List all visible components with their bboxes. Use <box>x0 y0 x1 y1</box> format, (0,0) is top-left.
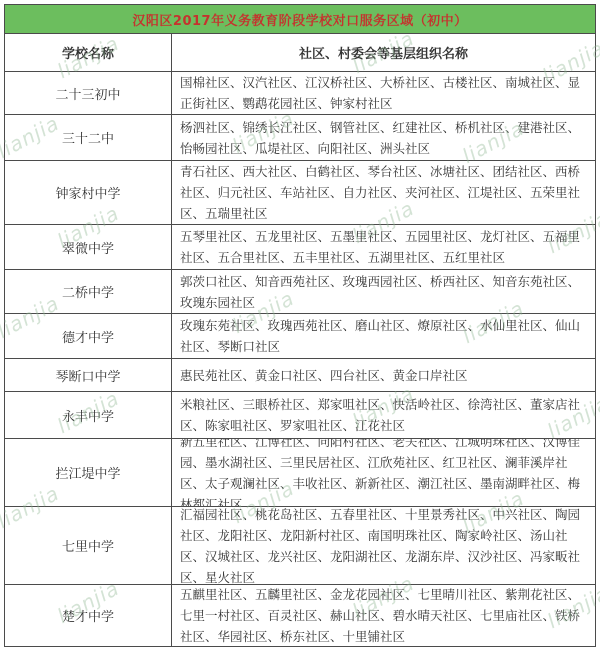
table-row: 德才中学 玫瑰东苑社区、玫瑰西苑社区、磨山社区、燎原社区、水仙里社区、仙山社区、… <box>5 313 595 358</box>
communities-text: 惠民苑社区、黄金口社区、四台社区、黄金口岸社区 <box>172 361 595 390</box>
table-row: 二十三初中 国棉社区、汉汽社区、江汉桥社区、大桥社区、古楼社区、南城社区、显正街… <box>5 71 595 114</box>
table-row: 三十二中 杨泗社区、锦绣长江社区、钢管社区、红建社区、桥机社区、建港社区、怡畅园… <box>5 114 595 160</box>
table-row: 钟家村中学 青石社区、西大社区、白鹤社区、琴台社区、冰塘社区、团结社区、西桥社区… <box>5 160 595 224</box>
communities-cell: 青石社区、西大社区、白鹤社区、琴台社区、冰塘社区、团结社区、西桥社区、归元社区、… <box>171 161 595 224</box>
communities-cell: 郭茨口社区、知音西苑社区、玫瑰西园社区、桥西社区、知音东苑社区、玫瑰东园社区 <box>171 270 595 313</box>
table-row: 二桥中学 郭茨口社区、知音西苑社区、玫瑰西园社区、桥西社区、知音东苑社区、玫瑰东… <box>5 269 595 313</box>
communities-text: 玫瑰东苑社区、玫瑰西苑社区、磨山社区、燎原社区、水仙里社区、仙山社区、琴断口社区 <box>172 314 595 358</box>
communities-cell: 五琴里社区、五龙里社区、五墨里社区、五园里社区、龙灯社区、五福里社区、五合里社区… <box>171 225 595 269</box>
communities-cell: 新五里社区、江博社区、向阳村社区、老关社区、江城明珠社区、汉博佳园、墨水湖社区、… <box>171 439 595 506</box>
school-name: 德才中学 <box>5 314 171 358</box>
table-row: 拦江堤中学 新五里社区、江博社区、向阳村社区、老关社区、江城明珠社区、汉博佳园、… <box>5 438 595 506</box>
school-name: 翠微中学 <box>5 225 171 269</box>
communities-text: 五麒里社区、五麟里社区、金龙花园社区、七里晴川社区、紫荆花社区、七里一村社区、百… <box>172 585 595 646</box>
column-header-school: 学校名称 <box>5 34 171 71</box>
communities-cell: 汇福园社区、桃花岛社区、五春里社区、十里景秀社区、中兴社区、陶园社区、龙阳社区、… <box>171 507 595 584</box>
table-header-row: 学校名称 社区、村委会等基层组织名称 <box>5 33 595 71</box>
communities-text: 国棉社区、汉汽社区、江汉桥社区、大桥社区、古楼社区、南城社区、显正街社区、鹦鹉花… <box>172 72 595 114</box>
table-row: 七里中学 汇福园社区、桃花岛社区、五春里社区、十里景秀社区、中兴社区、陶园社区、… <box>5 506 595 584</box>
school-name: 永丰中学 <box>5 392 171 438</box>
communities-text: 杨泗社区、锦绣长江社区、钢管社区、红建社区、桥机社区、建港社区、怡畅园社区、瓜堤… <box>172 115 595 160</box>
communities-cell: 惠民苑社区、黄金口社区、四台社区、黄金口岸社区 <box>171 359 595 391</box>
communities-text: 新五里社区、江博社区、向阳村社区、老关社区、江城明珠社区、汉博佳园、墨水湖社区、… <box>172 439 595 506</box>
communities-cell: 五麒里社区、五麟里社区、金龙花园社区、七里晴川社区、紫荆花社区、七里一村社区、百… <box>171 585 595 646</box>
communities-cell: 杨泗社区、锦绣长江社区、钢管社区、红建社区、桥机社区、建港社区、怡畅园社区、瓜堤… <box>171 115 595 160</box>
school-name: 七里中学 <box>5 507 171 584</box>
communities-cell: 国棉社区、汉汽社区、江汉桥社区、大桥社区、古楼社区、南城社区、显正街社区、鹦鹉花… <box>171 72 595 114</box>
communities-cell: 玫瑰东苑社区、玫瑰西苑社区、磨山社区、燎原社区、水仙里社区、仙山社区、琴断口社区 <box>171 314 595 358</box>
table-title: 汉阳区2017年义务教育阶段学校对口服务区域（初中） <box>5 5 595 33</box>
school-name: 二桥中学 <box>5 270 171 313</box>
page: 汉阳区2017年义务教育阶段学校对口服务区域（初中） 学校名称 社区、村委会等基… <box>0 0 600 650</box>
school-name: 二十三初中 <box>5 72 171 114</box>
table-row: 楚才中学 五麒里社区、五麟里社区、金龙花园社区、七里晴川社区、紫荆花社区、七里一… <box>5 584 595 646</box>
communities-text: 郭茨口社区、知音西苑社区、玫瑰西园社区、桥西社区、知音东苑社区、玫瑰东园社区 <box>172 270 595 313</box>
table-row: 永丰中学 米粮社区、三眼桥社区、郑家咀社区、快活岭社区、徐湾社区、董家店社区、陈… <box>5 391 595 438</box>
communities-text: 汇福园社区、桃花岛社区、五春里社区、十里景秀社区、中兴社区、陶园社区、龙阳社区、… <box>172 507 595 584</box>
school-district-table: 汉阳区2017年义务教育阶段学校对口服务区域（初中） 学校名称 社区、村委会等基… <box>4 4 596 647</box>
communities-cell: 米粮社区、三眼桥社区、郑家咀社区、快活岭社区、徐湾社区、董家店社区、陈家咀社区、… <box>171 392 595 438</box>
school-name: 拦江堤中学 <box>5 439 171 506</box>
communities-text: 五琴里社区、五龙里社区、五墨里社区、五园里社区、龙灯社区、五福里社区、五合里社区… <box>172 225 595 269</box>
school-name: 钟家村中学 <box>5 161 171 224</box>
table-row: 琴断口中学 惠民苑社区、黄金口社区、四台社区、黄金口岸社区 <box>5 358 595 391</box>
column-header-communities: 社区、村委会等基层组织名称 <box>171 34 595 71</box>
school-name: 三十二中 <box>5 115 171 160</box>
school-name: 琴断口中学 <box>5 359 171 391</box>
table-row: 翠微中学 五琴里社区、五龙里社区、五墨里社区、五园里社区、龙灯社区、五福里社区、… <box>5 224 595 269</box>
communities-text: 米粮社区、三眼桥社区、郑家咀社区、快活岭社区、徐湾社区、董家店社区、陈家咀社区、… <box>172 392 595 438</box>
communities-text: 青石社区、西大社区、白鹤社区、琴台社区、冰塘社区、团结社区、西桥社区、归元社区、… <box>172 161 595 224</box>
school-name: 楚才中学 <box>5 585 171 646</box>
